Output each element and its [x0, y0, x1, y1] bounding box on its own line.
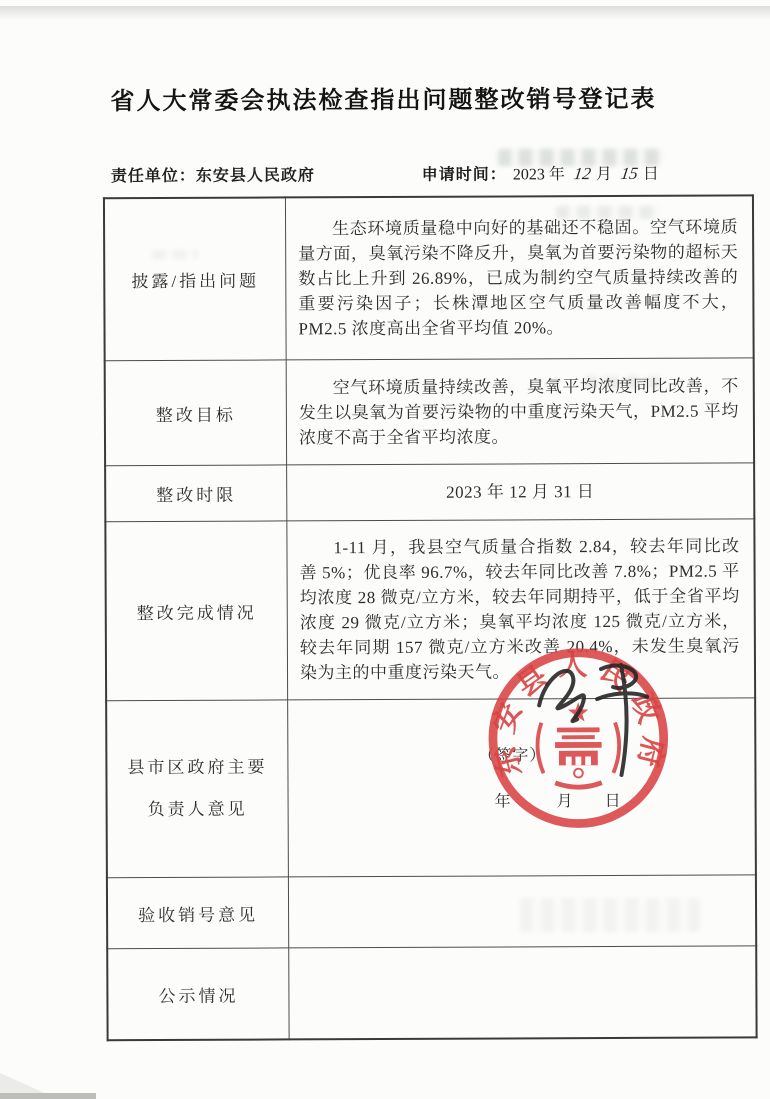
apply-year-unit: 年 [549, 166, 565, 183]
table-row: 整改目标 空气环境质量持续改善，臭氧平均浓度同比改善，不发生以臭氧为首要污染物的… [105, 358, 754, 466]
bleedthrough-smudge [498, 149, 663, 166]
handwritten-signature [517, 647, 678, 798]
apply-month-handwritten: 12 [572, 164, 592, 184]
row-label-government-leader-opinion: 县市区政府主要 负责人意见 [106, 700, 288, 878]
responsible-unit-label: 责任单位： [111, 168, 196, 185]
cell-disclosed-problems: 生态环境质量稳中向好的基础还不稳固。空气环境质量方面，臭氧污染不降反升，臭氧为首… [285, 195, 753, 360]
document-page: 省人大常委会执法检查指出问题整改销号登记表 责任单位：东安县人民政府 申请时间：… [0, 0, 770, 1099]
row-label-publicity-status: 公示情况 [107, 948, 289, 1040]
label-line-2: 负责人意见 [148, 800, 248, 819]
table-row: 公示情况 [107, 946, 756, 1040]
row-label-completion-status: 整改完成情况 [105, 521, 287, 701]
cell-deadline: 2023 年 12 月 31 日 [287, 463, 755, 521]
table-row: 披露/指出问题 生态环境质量稳中向好的基础还不稳固。空气环境质量方面，臭氧污染不… [104, 195, 754, 360]
page-title: 省人大常委会执法检查指出问题整改销号登记表 [0, 78, 769, 116]
bleedthrough-smudge [584, 376, 662, 389]
bleedthrough-smudge [152, 250, 198, 259]
row-label-acceptance-opinion: 验收销号意见 [107, 877, 289, 949]
table-row: 整改时限 2023 年 12 月 31 日 [105, 463, 754, 522]
row-label-disclosed-problems: 披露/指出问题 [104, 197, 286, 360]
cell-text: 空气环境质量持续改善，臭氧平均浓度同比改善，不发生以臭氧为首要污染物的中重度污染… [299, 373, 739, 450]
row-label-rectification-goal: 整改目标 [105, 360, 287, 466]
responsible-unit-value: 东安县人民政府 [196, 167, 315, 185]
signature-scribble-icon [517, 647, 678, 798]
cell-text: 生态环境质量稳中向好的基础还不稳固。空气环境质量方面，臭氧污染不降反升，臭氧为首… [298, 214, 739, 341]
row-label-deadline: 整改时限 [105, 465, 287, 522]
bleedthrough-smudge [556, 206, 660, 219]
apply-day-handwritten: 15 [619, 164, 639, 184]
apply-time-label: 申请时间： [422, 166, 507, 183]
scan-corner-edge [0, 1093, 96, 1099]
apply-month-unit: 月 [596, 166, 612, 183]
label-line-1: 县市区政府主要 [127, 758, 267, 778]
bleedthrough-smudge [520, 898, 700, 932]
apply-day-unit: 日 [643, 166, 659, 183]
cell-rectification-goal: 空气环境质量持续改善，臭氧平均浓度同比改善，不发生以臭氧为首要污染物的中重度污染… [286, 358, 754, 465]
responsible-unit: 责任单位：东安县人民政府 [111, 162, 315, 186]
cell-publicity-status [289, 946, 757, 1040]
apply-year: 2023 [513, 166, 545, 183]
